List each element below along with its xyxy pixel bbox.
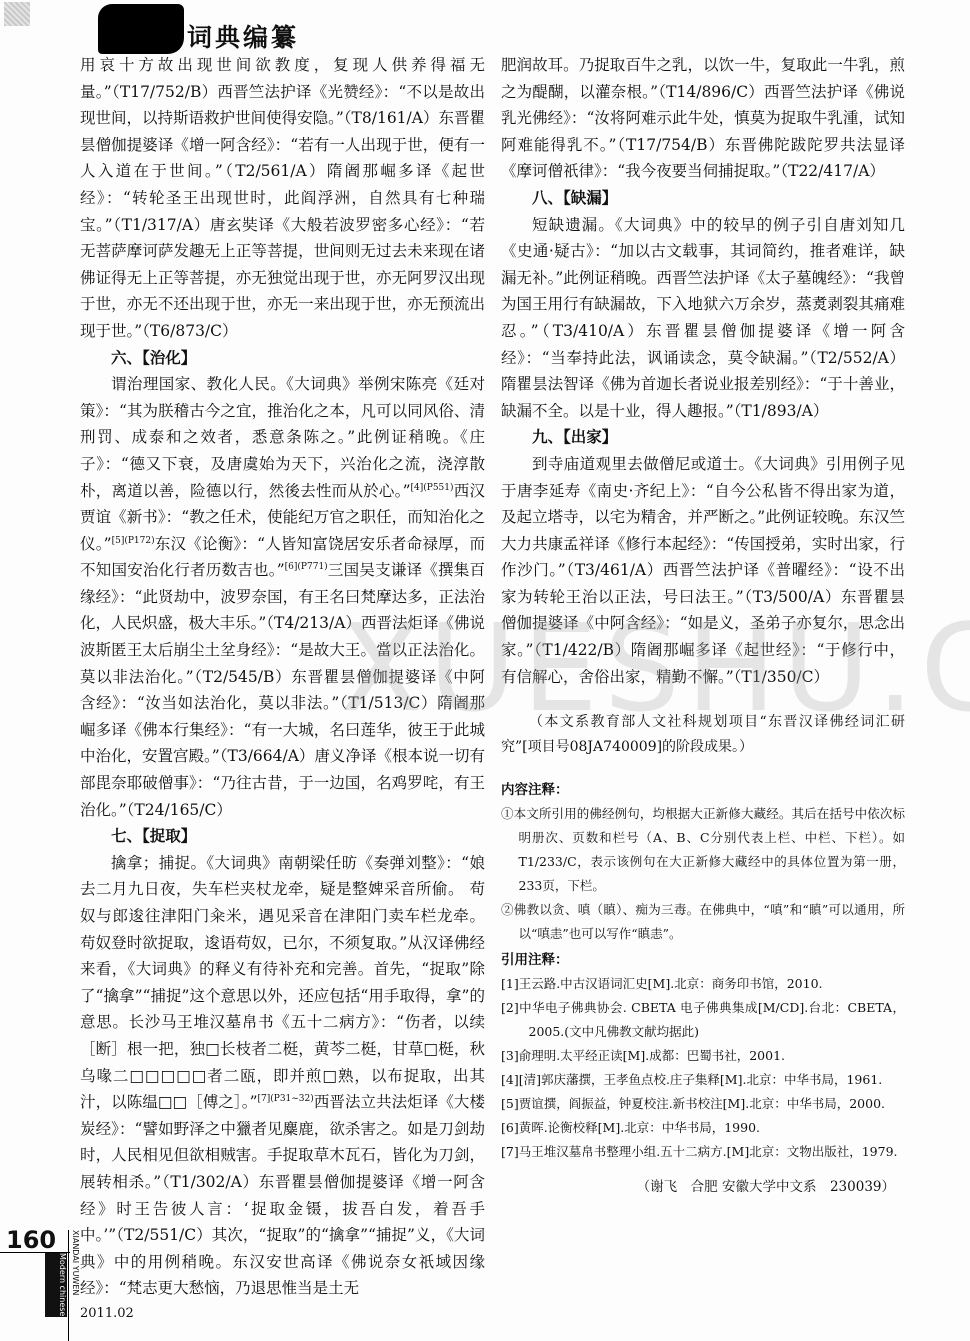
text-run: 西晋法立共法炬译《大楼炭经》：“譬如野泽之中獵者见麋鹿，欲杀害之。如是刀剑劫时，… <box>80 1093 485 1297</box>
paragraph: 擒拿；捕捉。《大词典》南朝梁任昉《奏弹刘整》：“娘去二月九日夜，失车栏夹杖龙牵，… <box>80 850 485 1302</box>
paragraph: 短缺遗漏。《大词典》中的较早的例子引自唐刘知几《史通·疑古》：“加以古文载事，其… <box>501 212 905 425</box>
paragraph: 用哀十方故出现世间欲教度，复现人供养得福无量。”（T17/752/B）西晋竺法护… <box>80 52 485 345</box>
reference-item: [7]马王堆汉墓帛书整理小组.五十二病方.[M]北京：文物出版社，1979. <box>501 1140 905 1164</box>
section-heading-8: 八、【缺漏】 <box>501 185 905 212</box>
magazine-pinyin: XIANDAI YUWEN <box>71 1230 80 1295</box>
section-heading-9: 九、【出家】 <box>501 424 905 451</box>
text-run: 谓治理国家、教化人民。《大词典》举例宋陈亮《廷对策》：“其为朕稽古今之宜，推治化… <box>80 375 485 499</box>
issue-number: 2011.02 <box>80 1306 134 1321</box>
right-column: 肥润故耳。乃捉取百牛之乳，以饮一牛，复取此一牛乳，煎之为醍醐，以灌奈根。”（T1… <box>501 52 905 1201</box>
page-number: 160 <box>6 1226 56 1254</box>
text-run: 擒拿；捕捉。《大词典》南朝梁任昉《奏弹刘整》：“娘去二月九日夜，失车栏夹杖龙牵，… <box>80 854 485 1111</box>
section-title: 词典编纂 <box>187 18 299 54</box>
left-column: 用哀十方故出现世间欲教度，复现人供养得福无量。”（T17/752/B）西晋竺法护… <box>80 52 485 1302</box>
citation-4: [4](P551) <box>411 482 454 492</box>
reference-item: [5]贾谊撰，阎振益，钟夏校注.新书校注[M].北京：中华书局，2000. <box>501 1092 905 1116</box>
section-heading-7: 七、【捉取】 <box>80 823 485 850</box>
notes-heading: 内容注释： <box>501 778 905 802</box>
citation-5: [5](P172) <box>112 536 155 546</box>
paragraph: 肥润故耳。乃捉取百牛之乳，以饮一牛，复取此一牛乳，煎之为醍醐，以灌奈根。”（T1… <box>501 52 905 185</box>
reference-item: [6]黄晖.论衡校释[M].北京：中华书局，1990. <box>501 1116 905 1140</box>
citation-7: [7](P31~32) <box>258 1094 314 1104</box>
paragraph: 到寺庙道观里去做僧尼或道士。《大词典》引用例子见于唐李延寿《南史·齐纪上》：“自… <box>501 451 905 690</box>
funding-note: （本文系教育部人文社科规划项目“东晋汉译佛经词汇研究”[项目号08JA74000… <box>501 710 905 760</box>
reference-item: [1]王云路.中古汉语词汇史[M].北京：商务印书馆，2010. <box>501 972 905 996</box>
reference-item: [2]中华电子佛典协会. CBETA 电子佛典集成[M/CD].台北：CBETA… <box>501 996 905 1044</box>
text-run: 三国吴支谦译《撰集百缘经》：“此贤劫中，波罗奈国，有王名曰梵摩达多，正法治化，人… <box>80 561 485 818</box>
header-logo-block <box>98 4 184 54</box>
note-item: ②佛教以贪、嗔（瞋）、痴为三毒。在佛典中，“嗔”和“瞋”可以通用，所以“嗔恚”也… <box>501 898 905 946</box>
scan-corner-mark <box>4 2 30 26</box>
author-affiliation: （谢飞 合肥 安徽大学中文系 230039） <box>501 1174 905 1201</box>
magazine-english-name: Modern chinese <box>55 1253 67 1316</box>
references-heading: 引用注释： <box>501 948 905 972</box>
note-item: ①本文所引用的佛经例句，均根据大正新修大藏经。其后在括号中依次标明册次、页数和栏… <box>501 802 905 898</box>
footer-vertical-rule <box>68 1230 69 1341</box>
reference-item: [3]俞理明.太平经正读[M].成都：巴蜀书社，2001. <box>501 1044 905 1068</box>
section-heading-6: 六、【治化】 <box>80 345 485 372</box>
citation-6: [6](P771) <box>285 562 328 572</box>
reference-item: [4][清]郭庆藩撰，王孝鱼点校.庄子集释[M].北京：中华书局，1961. <box>501 1068 905 1092</box>
paragraph: 谓治理国家、教化人民。《大词典》举例宋陈亮《廷对策》：“其为朕稽古今之宜，推治化… <box>80 371 485 823</box>
